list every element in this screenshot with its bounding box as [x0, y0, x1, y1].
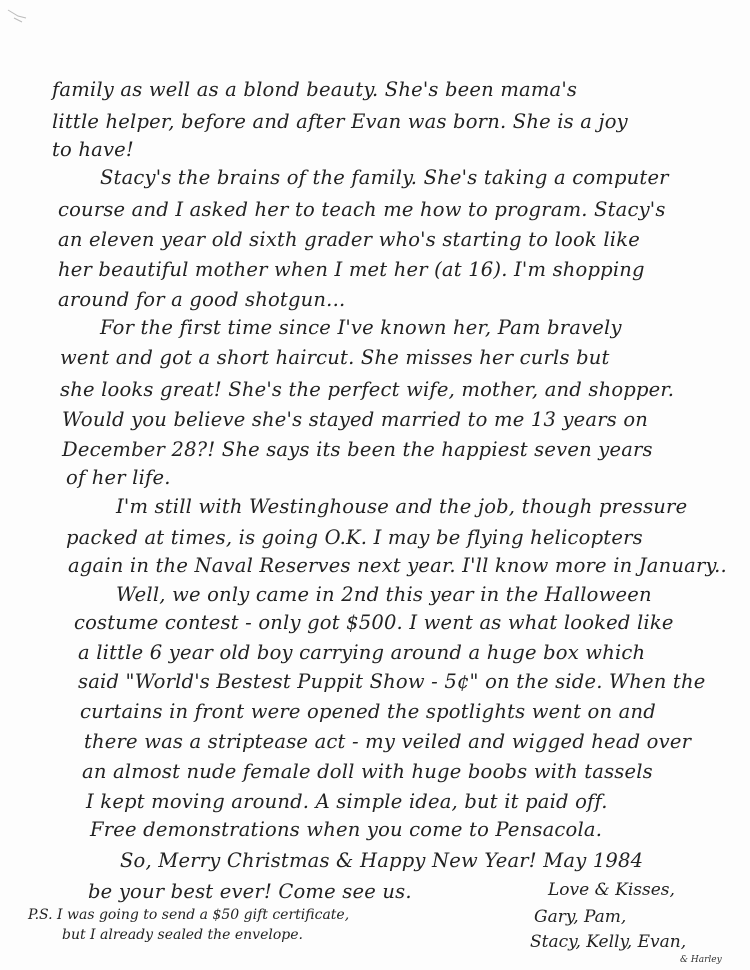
letter-line: her beautiful mother when I met her (at … — [58, 260, 645, 280]
corner-mark-icon — [6, 6, 46, 26]
letter-line: an eleven year old sixth grader who's st… — [58, 230, 640, 250]
letter-line: again in the Naval Reserves next year. I… — [68, 556, 727, 576]
letter-line: Stacy's the brains of the family. She's … — [100, 168, 669, 188]
postscript-line-2: but I already sealed the envelope. — [62, 927, 303, 943]
letter-line: packed at times, is going O.K. I may be … — [66, 528, 643, 548]
letter-line: Free demonstrations when you come to Pen… — [90, 820, 602, 840]
letter-line: December 28?! She says its been the happ… — [62, 440, 653, 460]
letter-line: costume contest - only got $500. I went … — [74, 613, 674, 633]
postscript-line-1: P.S. I was going to send a $50 gift cert… — [28, 907, 349, 923]
letter-line: family as well as a blond beauty. She's … — [52, 80, 577, 100]
letter-line: said "World's Bestest Puppit Show - 5¢" … — [78, 672, 705, 692]
letter-line: there was a striptease act - my veiled a… — [84, 732, 691, 752]
signature-note: & Harley — [680, 955, 722, 965]
letter-line: Would you believe she's stayed married t… — [62, 410, 648, 430]
letter-line: an almost nude female doll with huge boo… — [82, 762, 653, 782]
letter-line: I kept moving around. A simple idea, but… — [86, 792, 608, 812]
letter-line: I'm still with Westinghouse and the job,… — [116, 497, 687, 517]
letter-line: to have! — [52, 140, 134, 160]
letter-line: Well, we only came in 2nd this year in t… — [116, 585, 652, 605]
signature-line-2: Stacy, Kelly, Evan, — [530, 932, 686, 952]
letter-line: of her life. — [66, 468, 171, 488]
letter-line: a little 6 year old boy carrying around … — [78, 643, 645, 663]
letter-page: family as well as a blond beauty. She's … — [0, 0, 750, 970]
letter-line: be your best ever! Come see us. — [88, 882, 412, 902]
letter-line: she looks great! She's the perfect wife,… — [60, 380, 674, 400]
letter-line: around for a good shotgun... — [58, 290, 345, 310]
letter-line: went and got a short haircut. She misses… — [60, 348, 610, 368]
closing: Love & Kisses, — [548, 880, 675, 900]
letter-line: little helper, before and after Evan was… — [52, 112, 628, 132]
letter-line: course and I asked her to teach me how t… — [58, 200, 666, 220]
letter-line: curtains in front were opened the spotli… — [80, 702, 656, 722]
letter-line: For the first time since I've known her,… — [100, 318, 622, 338]
signature-line-1: Gary, Pam, — [534, 907, 626, 927]
letter-line: So, Merry Christmas & Happy New Year! Ma… — [120, 851, 643, 871]
